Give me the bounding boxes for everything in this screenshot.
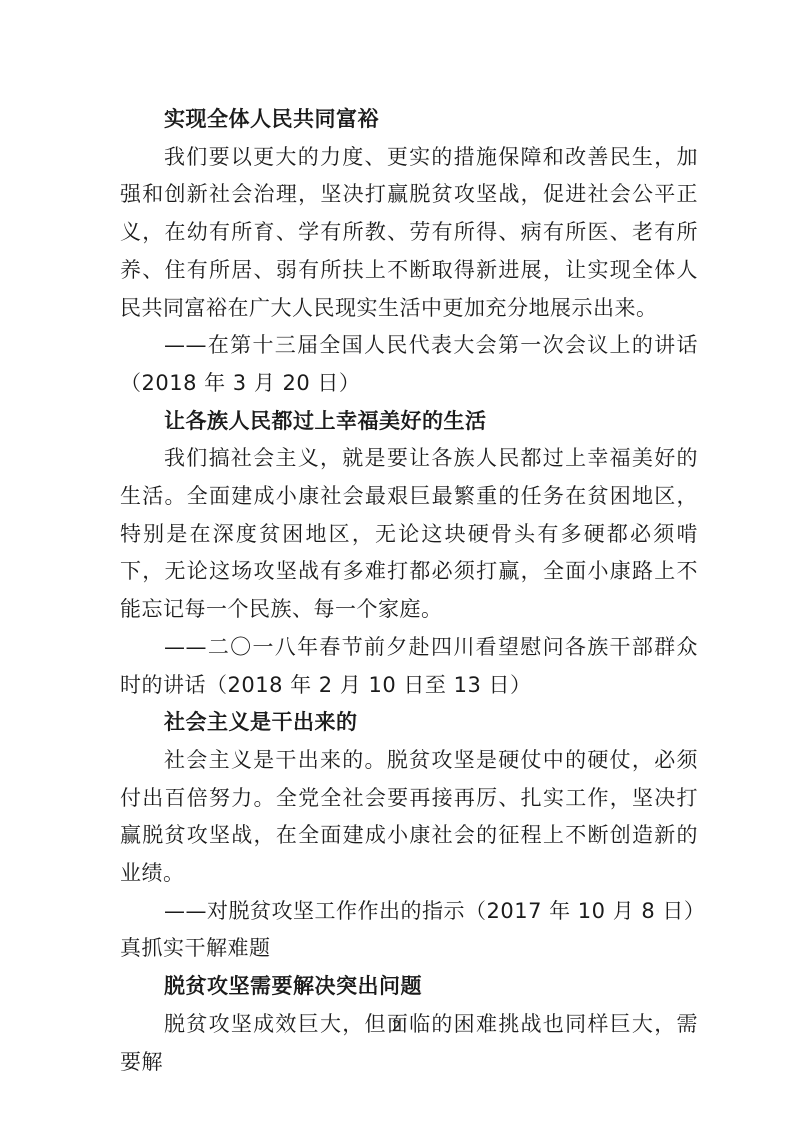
section-heading: 脱贫攻坚需要解决突出问题: [120, 968, 698, 1006]
body-paragraph: 我们搞社会主义，就是要让各族人民都过上幸福美好的生活。全面建成小康社会最艰巨最繁…: [120, 440, 698, 629]
source-attribution: ——在第十三届全国人民代表大会第一次会议上的讲话（2018 年 3 月 20 日…: [120, 327, 698, 402]
body-paragraph: 我们要以更大的力度、更实的措施保障和改善民生，加强和创新社会治理，坚决打赢脱贫攻…: [120, 139, 698, 328]
section-heading: 实现全体人民共同富裕: [120, 101, 698, 139]
document-page: 实现全体人民共同富裕我们要以更大的力度、更实的措施保障和改善民生，加强和创新社会…: [0, 0, 793, 1122]
page-footer: 2: [0, 1016, 793, 1035]
side-heading: 真抓实干解难题: [120, 930, 698, 968]
document-body: 实现全体人民共同富裕我们要以更大的力度、更实的措施保障和改善民生，加强和创新社会…: [120, 101, 698, 1081]
page-number: 2: [392, 1017, 402, 1035]
source-attribution: ——二〇一八年春节前夕赴四川看望慰问各族干部群众时的讲话（2018 年 2 月 …: [120, 629, 698, 704]
source-attribution: ——对脱贫攻坚工作作出的指示（2017 年 10 月 8 日）: [120, 893, 698, 931]
section-heading: 社会主义是干出来的: [120, 704, 698, 742]
body-paragraph: 社会主义是干出来的。脱贫攻坚是硬仗中的硬仗，必须付出百倍努力。全党全社会要再接再…: [120, 742, 698, 893]
section-heading: 让各族人民都过上幸福美好的生活: [120, 403, 698, 441]
